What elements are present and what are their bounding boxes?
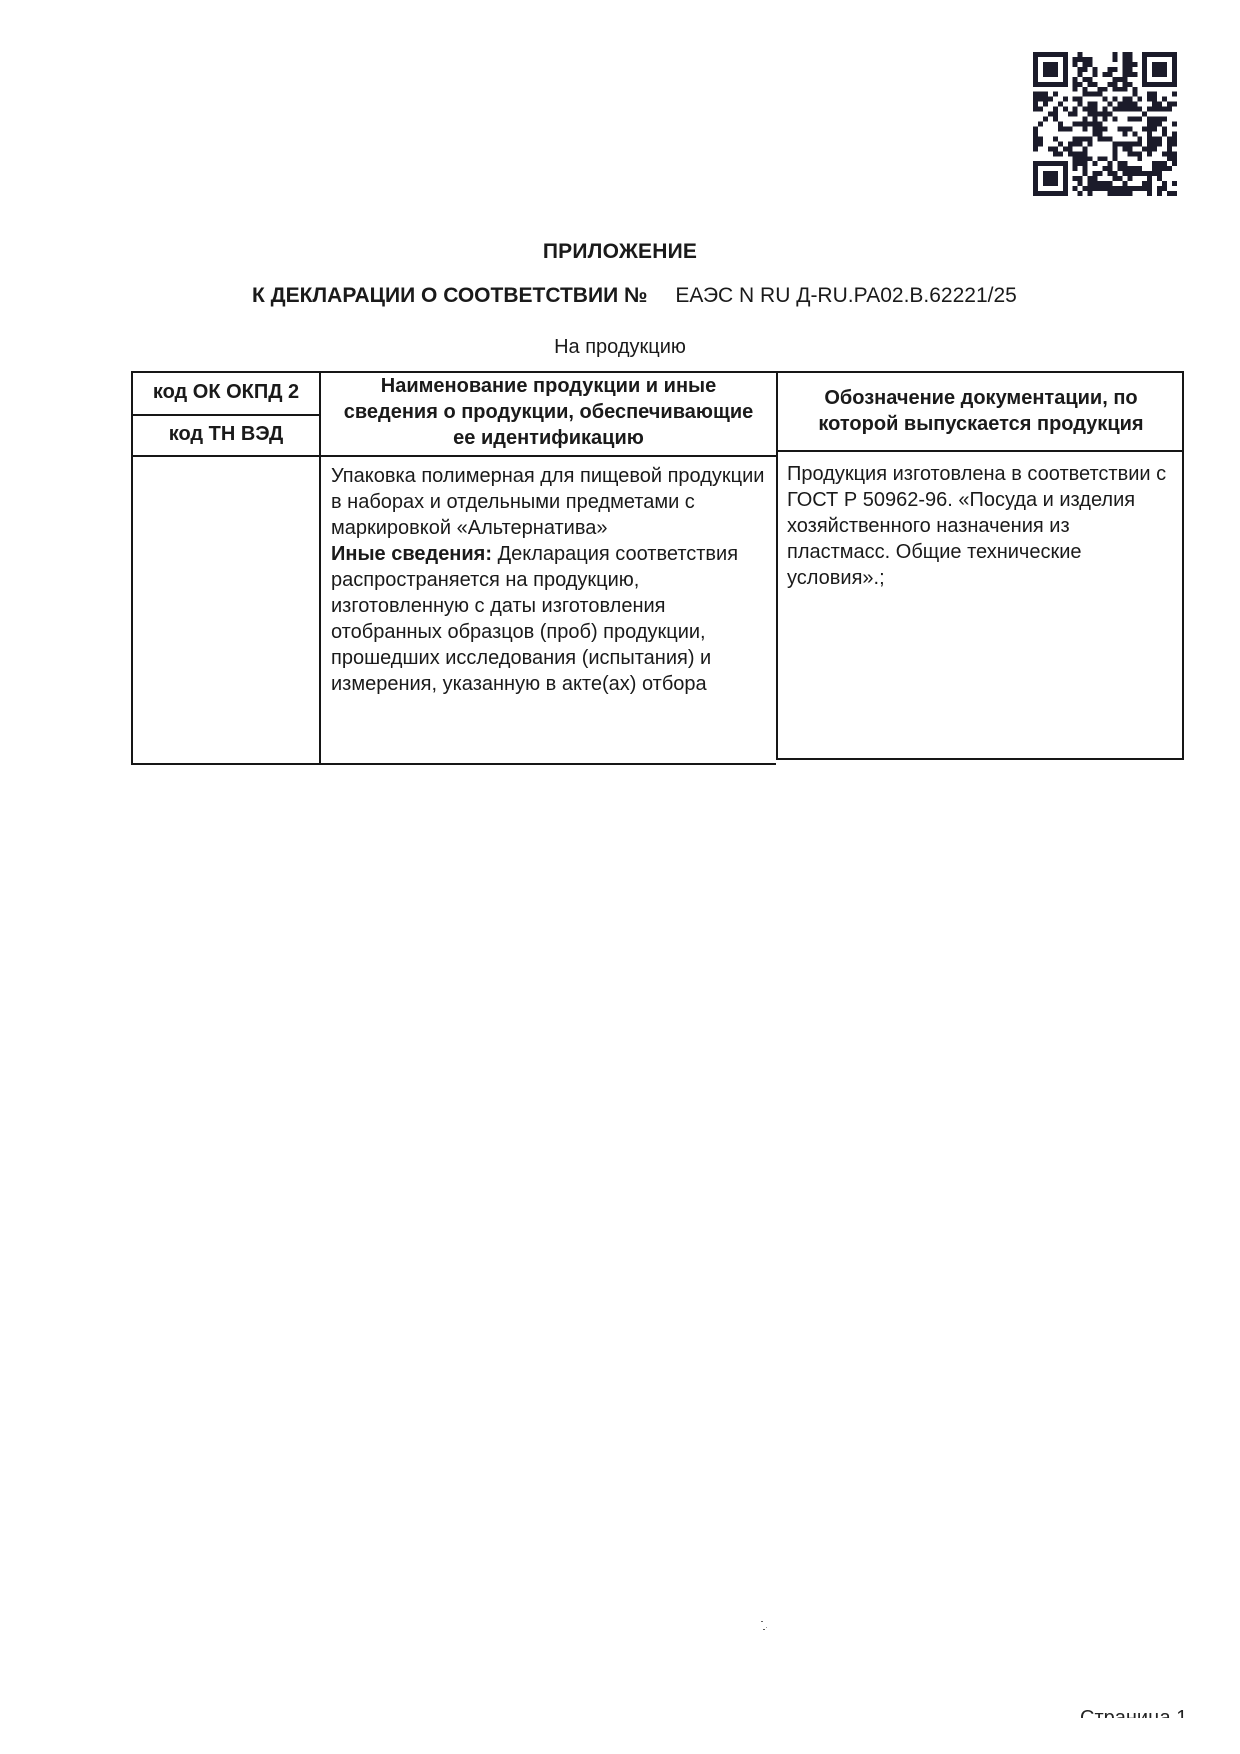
column-divider-2 — [776, 371, 778, 760]
column-divider-1 — [319, 371, 321, 765]
header-okpd2-code: код ОК ОКПД 2 — [133, 379, 319, 405]
header-documentation: Обозначение документации, по которой вып… — [791, 385, 1171, 437]
page-number: Страница 1 — [1080, 1704, 1187, 1718]
row-product-description: Упаковка полимерная для пищевой продукци… — [331, 463, 771, 697]
header-divider-left — [131, 455, 777, 457]
header-product-name: Наименование продукции и иные сведения о… — [336, 373, 761, 451]
header-tnved-code: код ТН ВЭД — [133, 421, 319, 447]
declaration-number: ЕАЭС N RU Д-RU.РА02.В.62221/25 — [675, 284, 1016, 307]
table-border-right — [1182, 371, 1184, 759]
table-border-bottom-left — [131, 763, 776, 765]
document-title: ПРИЛОЖЕНИЕ — [0, 240, 1240, 264]
table-border-bottom-right — [776, 758, 1184, 760]
declaration-heading: К ДЕКЛАРАЦИИ О СООТВЕТСТВИИ №ЕАЭС N RU Д… — [252, 284, 1017, 308]
row-documentation: Продукция изготовлена в соответствии с Г… — [787, 461, 1177, 591]
other-info-text: Декларация соответствия распространяется… — [331, 543, 738, 695]
qr-code-icon — [1033, 52, 1177, 196]
declaration-label: К ДЕКЛАРАЦИИ О СООТВЕТСТВИИ № — [252, 284, 647, 307]
declaration-table: код ОК ОКПД 2 код ТН ВЭД Наименование пр… — [131, 371, 1184, 765]
other-info-label: Иные сведения: — [331, 543, 492, 565]
scan-artifact — [758, 1620, 772, 1634]
for-product-caption: На продукцию — [0, 336, 1240, 359]
subheader-divider — [131, 414, 320, 416]
product-name: Упаковка полимерная для пищевой продукци… — [331, 465, 764, 539]
header-divider-right — [776, 450, 1184, 452]
